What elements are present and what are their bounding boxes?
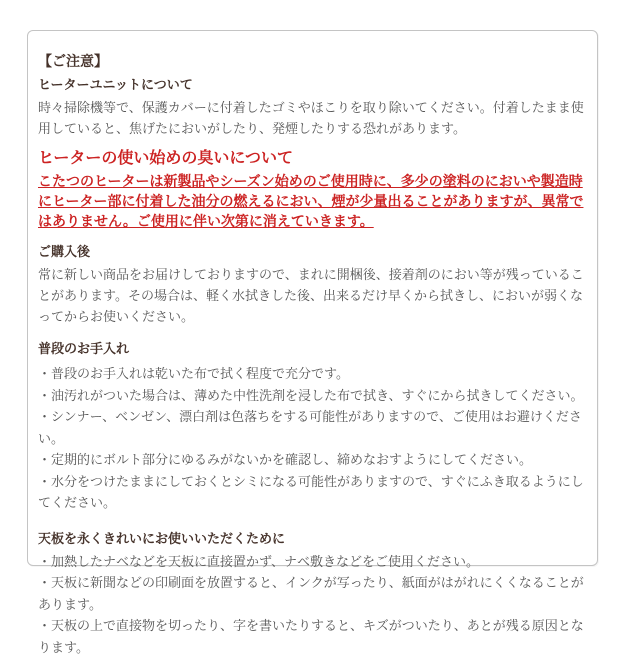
section-first-use-smell: ヒーターの使い始めの臭いについて こたつのヒーターは新製品やシーズン始めのご使用…	[38, 148, 587, 231]
heater-unit-heading: ヒーターユニットについて	[38, 76, 587, 93]
tabletop-heading: 天板を永くきれいにお使いいただくために	[38, 530, 587, 547]
heater-unit-body: 時々掃除機等で、保護カバーに付着したゴミやほこりを取り除いてください。付着したま…	[38, 97, 587, 139]
after-purchase-body: 常に新しい商品をお届けしておりますので、まれに開梱後、接着剤のにおい等が残ってい…	[38, 264, 587, 327]
list-item: ・シンナー、ベンゼン、漂白剤は色落ちをする可能性がありますので、ご使用はお避けく…	[38, 406, 587, 449]
list-item: ・加熱したナベなどを天板に直接置かず、ナベ敷きなどをご使用ください。	[38, 551, 587, 573]
notice-title: 【ご注意】	[38, 52, 587, 70]
after-purchase-heading: ご購入後	[38, 243, 587, 260]
section-heater-unit: ヒーターユニットについて 時々掃除機等で、保護カバーに付着したゴミやほこりを取り…	[38, 76, 587, 139]
first-use-smell-heading: ヒーターの使い始めの臭いについて	[38, 148, 587, 169]
daily-care-heading: 普段のお手入れ	[38, 340, 587, 357]
list-item: ・天板に新聞などの印刷面を放置すると、インクが写ったり、紙面がはがれにくくなるこ…	[38, 572, 587, 576]
list-item: ・定期的にボルト部分にゆるみがないかを確認し、締めなおすようにしてください。	[38, 449, 587, 471]
list-item: ・油汚れがついた場合は、薄めた中性洗剤を浸した布で拭き、すぐにから拭きしてくださ…	[38, 385, 587, 407]
tabletop-list: ・加熱したナベなどを天板に直接置かず、ナベ敷きなどをご使用ください。 ・天板に新…	[38, 551, 587, 577]
daily-care-list: ・普段のお手入れは乾いた布で拭く程度で充分です。 ・油汚れがついた場合は、薄めた…	[38, 363, 587, 514]
first-use-smell-body: こたつのヒーターは新製品やシーズン始めのご使用時に、多少の塗料のにおいや製造時に…	[38, 171, 587, 231]
list-item: ・水分をつけたままにしておくとシミになる可能性がありますので、すぐにふき取るよう…	[38, 471, 587, 514]
section-daily-care: 普段のお手入れ ・普段のお手入れは乾いた布で拭く程度で充分です。 ・油汚れがつい…	[38, 340, 587, 514]
section-tabletop: 天板を永くきれいにお使いいただくために ・加熱したナベなどを天板に直接置かず、ナ…	[38, 530, 587, 577]
list-item: ・普段のお手入れは乾いた布で拭く程度で充分です。	[38, 363, 587, 385]
notice-panel: 【ご注意】 ヒーターユニットについて 時々掃除機等で、保護カバーに付着したゴミや…	[27, 30, 598, 566]
section-after-purchase: ご購入後 常に新しい商品をお届けしておりますので、まれに開梱後、接着剤のにおい等…	[38, 243, 587, 327]
